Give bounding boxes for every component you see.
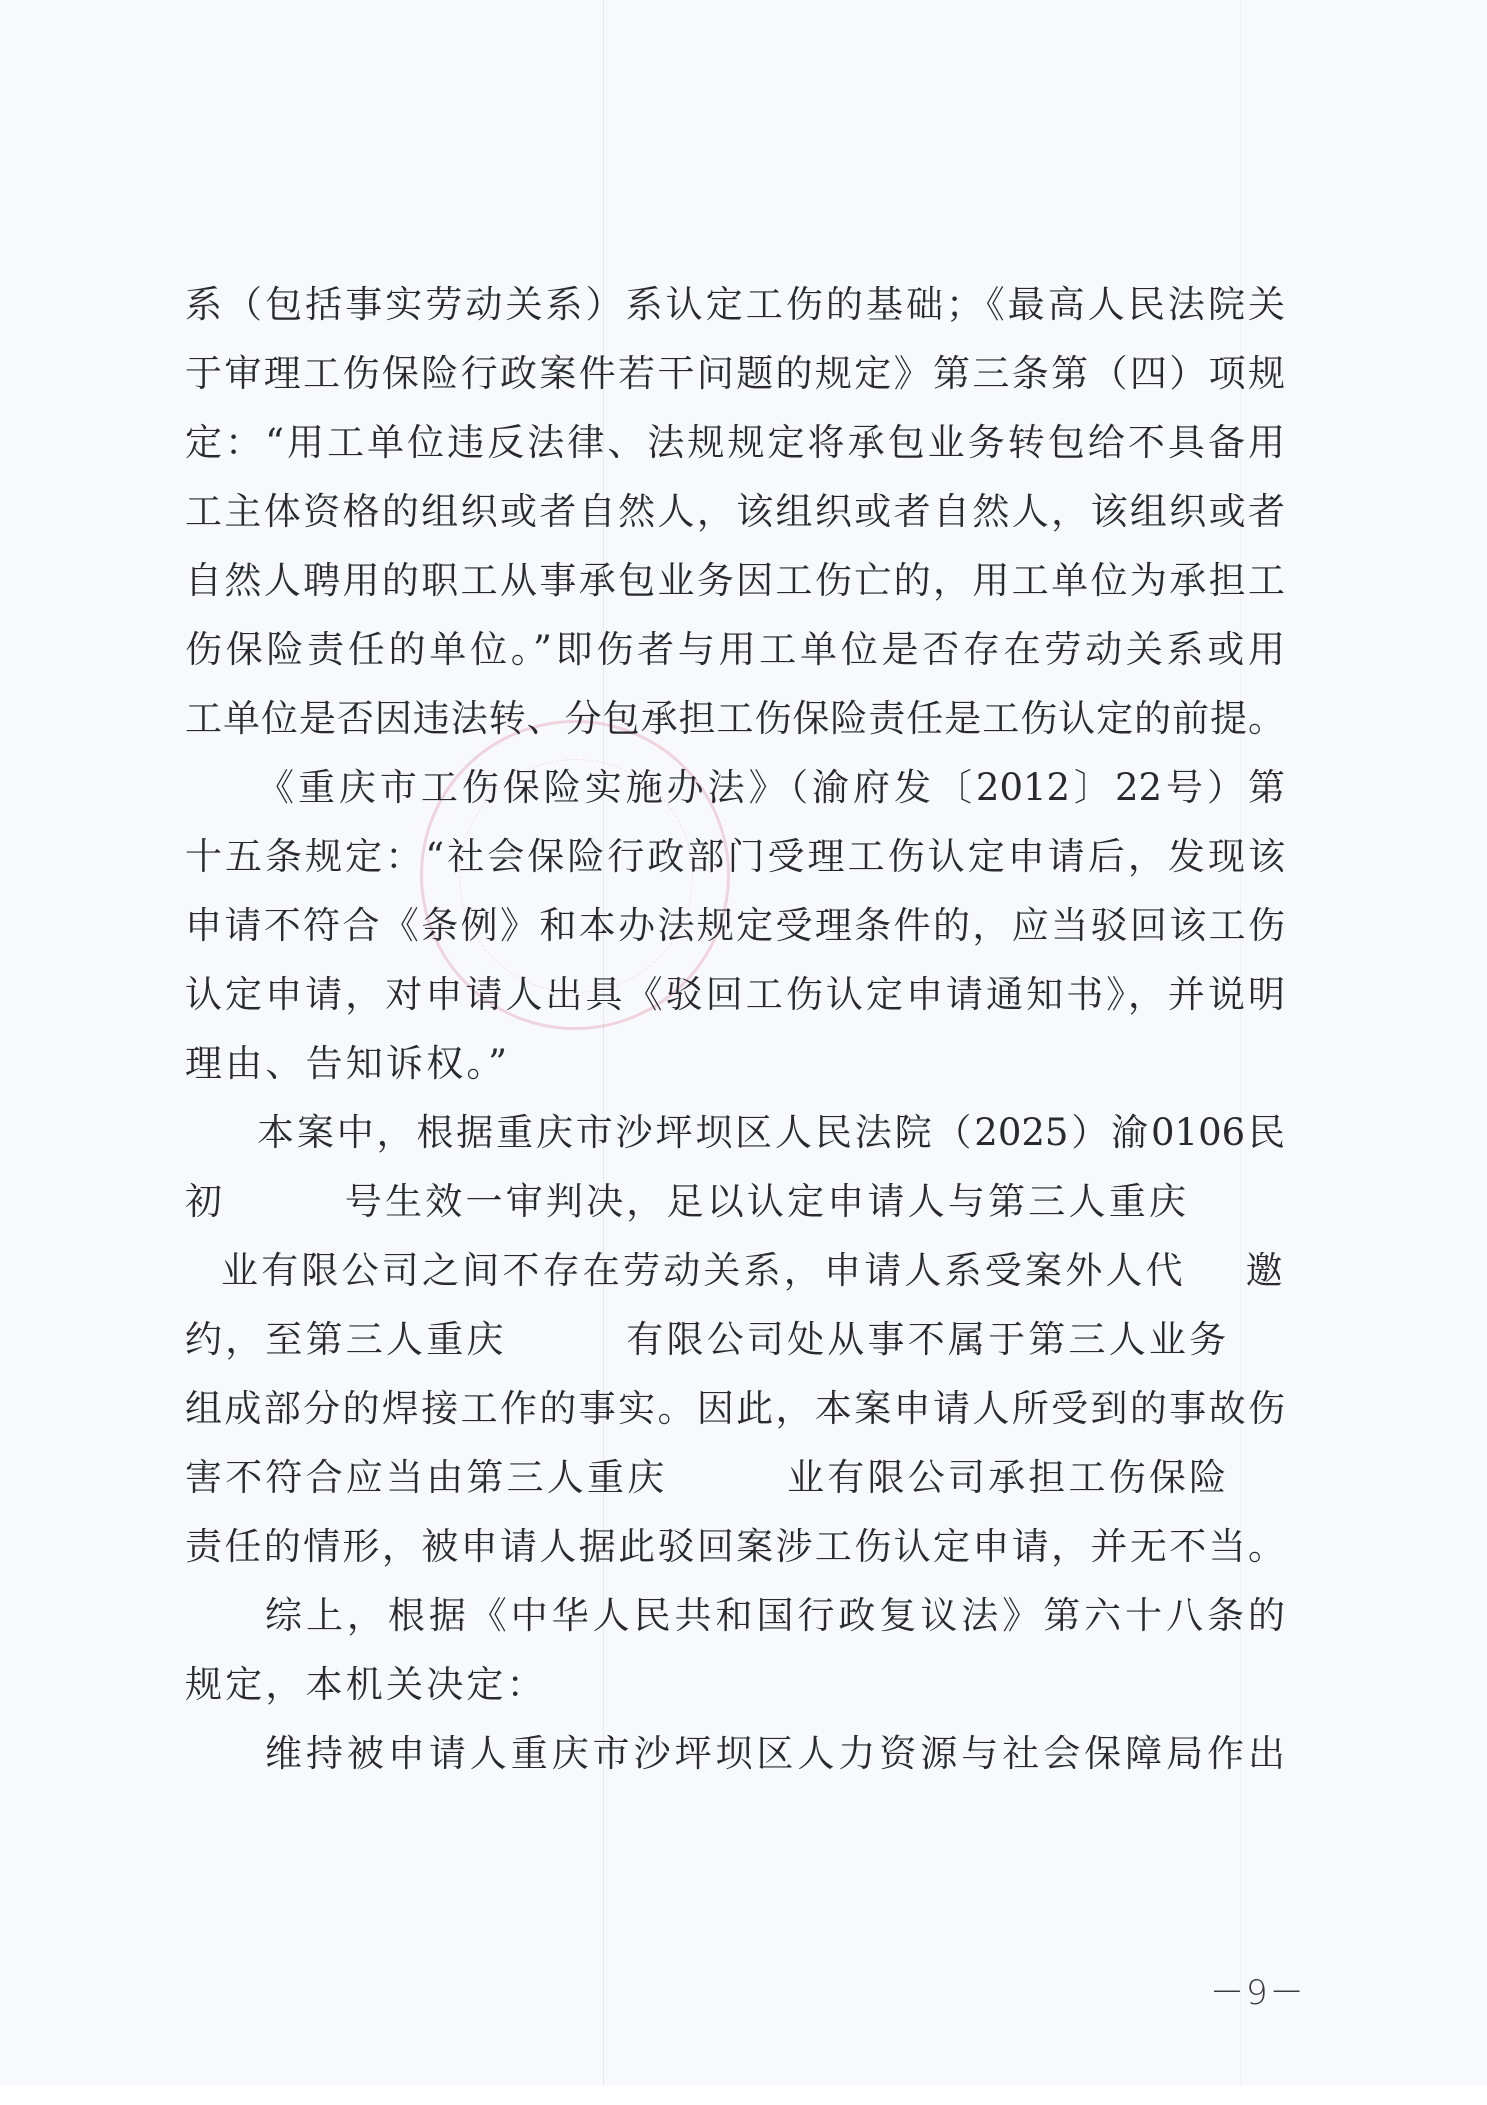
text-line: 责任的情形，被申请人据此驳回案涉工伤认定申请，并无不当。: [185, 1524, 1285, 1570]
text-line: 业有限公司之间不存在劳动关系，申请人系受案外人代 邀: [221, 1248, 1285, 1294]
text-line: 综上，根据《中华人民共和国行政复议法》第六十八条的: [265, 1593, 1285, 1639]
text-line: 本案中，根据重庆市沙坪坝区人民法院（2025）渝0106民: [257, 1110, 1285, 1156]
scanned-page: 系（包括事实劳动关系）系认定工伤的基础；《最高人民法院关 于审理工伤保险行政案件…: [0, 0, 1487, 2085]
text-line: 组成部分的焊接工作的事实。因此，本案申请人所受到的事故伤: [185, 1386, 1285, 1432]
text-line: 规定，本机关决定：: [185, 1662, 1285, 1708]
text-line: 申请不符合《条例》和本办法规定受理条件的，应当驳回该工伤: [185, 903, 1285, 949]
text-line: 害不符合应当由第三人重庆 业有限公司承担工伤保险: [185, 1455, 1285, 1501]
text-line: 《重庆市工伤保险实施办法》（渝府发〔2012〕22号）第: [257, 765, 1285, 811]
text-line: 约，至第三人重庆 有限公司处从事不属于第三人业务: [185, 1317, 1285, 1363]
text-line: 维持被申请人重庆市沙坪坝区人力资源与社会保障局作出: [265, 1731, 1285, 1777]
text-line: 于审理工伤保险行政案件若干问题的规定》第三条第（四）项规: [185, 351, 1285, 397]
text-line: 理由、告知诉权。”: [185, 1041, 1285, 1087]
text-line: 认定申请，对申请人出具《驳回工伤认定申请通知书》，并说明: [185, 972, 1285, 1018]
text-line: 系（包括事实劳动关系）系认定工伤的基础；《最高人民法院关: [185, 282, 1285, 328]
text-line: 自然人聘用的职工从事承包业务因工伤亡的，用工单位为承担工: [185, 558, 1285, 604]
text-line: 初 号生效一审判决，足以认定申请人与第三人重庆: [185, 1179, 1285, 1225]
text-line: 伤保险责任的单位。”即伤者与用工单位是否存在劳动关系或用: [185, 627, 1285, 673]
text-line: 工单位是否因违法转、分包承担工伤保险责任是工伤认定的前提。: [185, 696, 1285, 742]
text-line: 定：“用工单位违反法律、法规规定将承包业务转包给不具备用: [185, 420, 1285, 466]
page-number: －9－: [1210, 1965, 1306, 2014]
text-line: 工主体资格的组织或者自然人，该组织或者自然人，该组织或者: [185, 489, 1285, 535]
text-line: 十五条规定：“社会保险行政部门受理工伤认定申请后，发现该: [185, 834, 1285, 880]
